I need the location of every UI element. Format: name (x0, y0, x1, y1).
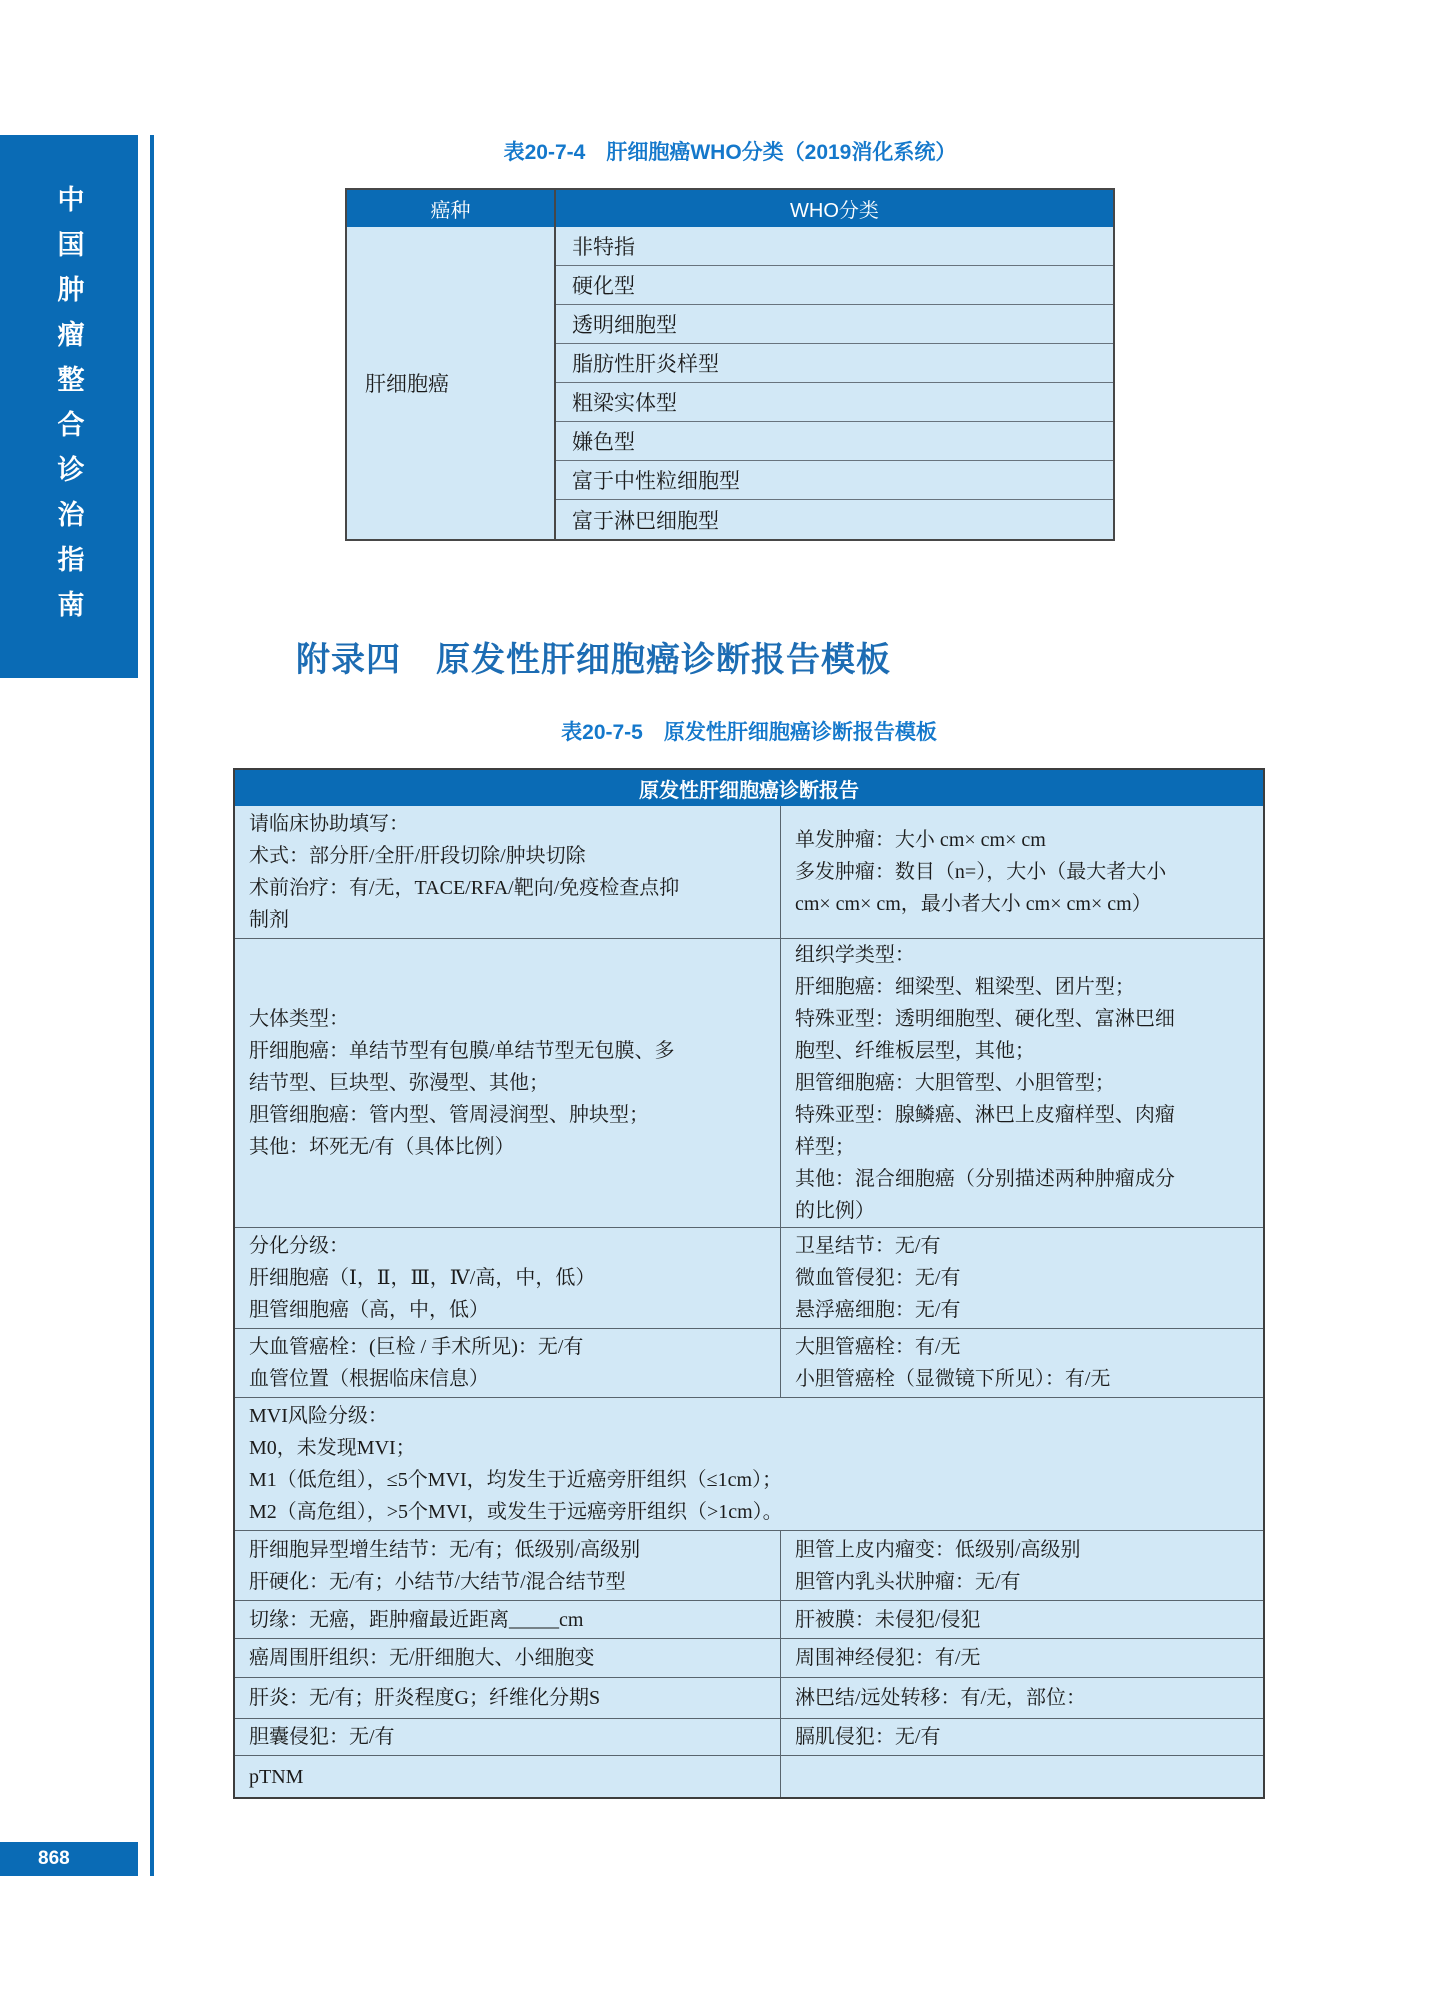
cell-text: 请临床协助填写： 术式：部分肝/全肝/肝段切除/肿块切除 术前治疗：有/无，TA… (249, 808, 679, 936)
cell-text: 单发肿瘤：大小 cm× cm× cm 多发肿瘤：数目（n=），大小（最大者大小 … (795, 824, 1166, 920)
cell-tumor-size: 单发肿瘤：大小 cm× cm× cm 多发肿瘤：数目（n=），大小（最大者大小 … (781, 806, 1263, 938)
table-row: 粗梁实体型 (556, 383, 1113, 422)
cell-text: pTNM (249, 1761, 303, 1793)
cell-text: 胆囊侵犯：无/有 (249, 1721, 395, 1753)
cell-ptnm: pTNM (235, 1756, 781, 1797)
cell-text: 大胆管癌栓：有/无 小胆管癌栓（显微镜下所见）：有/无 (795, 1331, 1111, 1395)
cell-clinical-info: 请临床协助填写： 术式：部分肝/全肝/肝段切除/肿块切除 术前治疗：有/无，TA… (235, 806, 781, 938)
cell-histologic-type: 组织学类型： 肝细胞癌：细梁型、粗梁型、团片型； 特殊亚型：透明细胞型、硬化型、… (781, 939, 1263, 1227)
table-row: 切缘：无癌，距肿瘤最近距离_____cm 肝被膜：未侵犯/侵犯 (235, 1600, 1263, 1638)
cell-text: 卫星结节：无/有 微血管侵犯：无/有 悬浮癌细胞：无/有 (795, 1230, 961, 1326)
who-table-title: 表20-7-4 肝细胞癌WHO分类（2019消化系统） (345, 136, 1115, 166)
table-row: 脂肪性肝炎样型 (556, 344, 1113, 383)
cell-macrovascular-thrombus: 大血管癌栓：(巨检 / 手术所见)：无/有 血管位置（根据临床信息） (235, 1329, 781, 1397)
cell-text: 肝炎：无/有；肝炎程度G；纤维化分期S (249, 1682, 600, 1714)
cell-liver-capsule: 肝被膜：未侵犯/侵犯 (781, 1601, 1263, 1638)
cell-text: 肝细胞异型增生结节：无/有；低级别/高级别 肝硬化：无/有；小结节/大结节/混合… (249, 1534, 640, 1598)
table-row: 硬化型 (556, 266, 1113, 305)
cell-peritumoral-tissue: 癌周围肝组织：无/肝细胞大、小细胞变 (235, 1639, 781, 1677)
cell-biliary-neoplasia: 胆管上皮内瘤变：低级别/高级别 胆管内乳头状肿瘤：无/有 (781, 1531, 1263, 1600)
table-row: MVI风险分级： M0，未发现MVI； M1（低危组），≤5个MVI，均发生于近… (235, 1397, 1263, 1530)
cell-text: 组织学类型： 肝细胞癌：细梁型、粗梁型、团片型； 特殊亚型：透明细胞型、硬化型、… (795, 939, 1175, 1227)
cell-differentiation-grade: 分化分级： 肝细胞癌（Ⅰ，Ⅱ，Ⅲ，Ⅳ/高，中，低） 胆管细胞癌（高，中，低） (235, 1228, 781, 1328)
who-table-header-row: 癌种 WHO分类 (347, 190, 1113, 227)
table-row: 富于中性粒细胞型 (556, 461, 1113, 500)
page-number-badge: 868 (0, 1842, 138, 1876)
who-merged-cell-hcc: 肝细胞癌 (347, 227, 556, 539)
cell-mvi-risk-grading: MVI风险分级： M0，未发现MVI； M1（低危组），≤5个MVI，均发生于近… (235, 1398, 1263, 1530)
table-row: 分化分级： 肝细胞癌（Ⅰ，Ⅱ，Ⅲ，Ⅳ/高，中，低） 胆管细胞癌（高，中，低） 卫… (235, 1227, 1263, 1328)
table-row: 嫌色型 (556, 422, 1113, 461)
cell-text: 分化分级： 肝细胞癌（Ⅰ，Ⅱ，Ⅲ，Ⅳ/高，中，低） 胆管细胞癌（高，中，低） (249, 1230, 595, 1326)
cell-satellite-nodule: 卫星结节：无/有 微血管侵犯：无/有 悬浮癌细胞：无/有 (781, 1228, 1263, 1328)
table-row: pTNM (235, 1755, 1263, 1797)
table-row: 癌周围肝组织：无/肝细胞大、小细胞变 周围神经侵犯：有/无 (235, 1638, 1263, 1677)
cell-gallbladder-invasion: 胆囊侵犯：无/有 (235, 1719, 781, 1755)
cell-margin: 切缘：无癌，距肿瘤最近距离_____cm (235, 1601, 781, 1638)
cell-empty (781, 1756, 1263, 1797)
cell-perineural-invasion: 周围神经侵犯：有/无 (781, 1639, 1263, 1677)
sidebar-band: 中国肿瘤整合诊治指南 (0, 135, 138, 678)
table-row: 请临床协助填写： 术式：部分肝/全肝/肝段切除/肿块切除 术前治疗：有/无，TA… (235, 806, 1263, 938)
cell-text: 大血管癌栓：(巨检 / 手术所见)：无/有 血管位置（根据临床信息） (249, 1331, 583, 1395)
book-page: 中国肿瘤整合诊治指南 868 表20-7-4 肝细胞癌WHO分类（2019消化系… (0, 0, 1444, 2010)
cell-text: 肝被膜：未侵犯/侵犯 (795, 1604, 981, 1636)
cell-text: 癌周围肝组织：无/肝细胞大、小细胞变 (249, 1642, 595, 1674)
cell-bile-duct-thrombus: 大胆管癌栓：有/无 小胆管癌栓（显微镜下所见）：有/无 (781, 1329, 1263, 1397)
who-classification-table: 癌种 WHO分类 肝细胞癌 非特指 硬化型 透明细胞型 脂肪性肝炎样型 粗梁实体… (345, 188, 1115, 541)
sidebar-divider-line (150, 135, 154, 1876)
table-row: 大血管癌栓：(巨检 / 手术所见)：无/有 血管位置（根据临床信息） 大胆管癌栓… (235, 1328, 1263, 1397)
who-header-classification: WHO分类 (556, 190, 1113, 227)
cell-text: 淋巴结/远处转移：有/无，部位： (795, 1682, 1086, 1714)
table-row: 肝炎：无/有；肝炎程度G；纤维化分期S 淋巴结/远处转移：有/无，部位： (235, 1677, 1263, 1718)
page-number: 868 (38, 1848, 70, 1870)
table-row: 肝细胞异型增生结节：无/有；低级别/高级别 肝硬化：无/有；小结节/大结节/混合… (235, 1530, 1263, 1600)
report-table-title: 表20-7-5 原发性肝细胞癌诊断报告模板 (233, 716, 1265, 746)
cell-text: 切缘：无癌，距肿瘤最近距离_____cm (249, 1604, 583, 1636)
table-row: 胆囊侵犯：无/有 膈肌侵犯：无/有 (235, 1718, 1263, 1755)
sidebar-book-title: 中国肿瘤整合诊治指南 (50, 135, 89, 678)
who-header-cancer-type: 癌种 (347, 190, 556, 227)
cell-lymph-node-metastasis: 淋巴结/远处转移：有/无，部位： (781, 1678, 1263, 1718)
cell-dysplastic-nodule: 肝细胞异型增生结节：无/有；低级别/高级别 肝硬化：无/有；小结节/大结节/混合… (235, 1531, 781, 1600)
appendix-section-heading: 附录四 原发性肝细胞癌诊断报告模板 (296, 632, 891, 681)
cell-text: 周围神经侵犯：有/无 (795, 1642, 981, 1674)
table-row: 大体类型： 肝细胞癌：单结节型有包膜/单结节型无包膜、多 结节型、巨块型、弥漫型… (235, 938, 1263, 1227)
diagnosis-report-table: 原发性肝细胞癌诊断报告 请临床协助填写： 术式：部分肝/全肝/肝段切除/肿块切除… (233, 768, 1265, 1799)
cell-gross-type: 大体类型： 肝细胞癌：单结节型有包膜/单结节型无包膜、多 结节型、巨块型、弥漫型… (235, 939, 781, 1227)
cell-text: 大体类型： 肝细胞癌：单结节型有包膜/单结节型无包膜、多 结节型、巨块型、弥漫型… (249, 1003, 675, 1163)
table-row: 富于淋巴细胞型 (556, 500, 1113, 539)
cell-hepatitis: 肝炎：无/有；肝炎程度G；纤维化分期S (235, 1678, 781, 1718)
cell-text: 胆管上皮内瘤变：低级别/高级别 胆管内乳头状肿瘤：无/有 (795, 1534, 1081, 1598)
cell-diaphragm-invasion: 膈肌侵犯：无/有 (781, 1719, 1263, 1755)
cell-text: MVI风险分级： M0，未发现MVI； M1（低危组），≤5个MVI，均发生于近… (249, 1400, 783, 1528)
report-table-header: 原发性肝细胞癌诊断报告 (235, 770, 1263, 806)
cell-text: 膈肌侵犯：无/有 (795, 1721, 941, 1753)
who-table-body: 肝细胞癌 非特指 硬化型 透明细胞型 脂肪性肝炎样型 粗梁实体型 嫌色型 富于中… (347, 227, 1113, 539)
table-row: 非特指 (556, 227, 1113, 266)
who-subtype-list: 非特指 硬化型 透明细胞型 脂肪性肝炎样型 粗梁实体型 嫌色型 富于中性粒细胞型… (556, 227, 1113, 539)
table-row: 透明细胞型 (556, 305, 1113, 344)
